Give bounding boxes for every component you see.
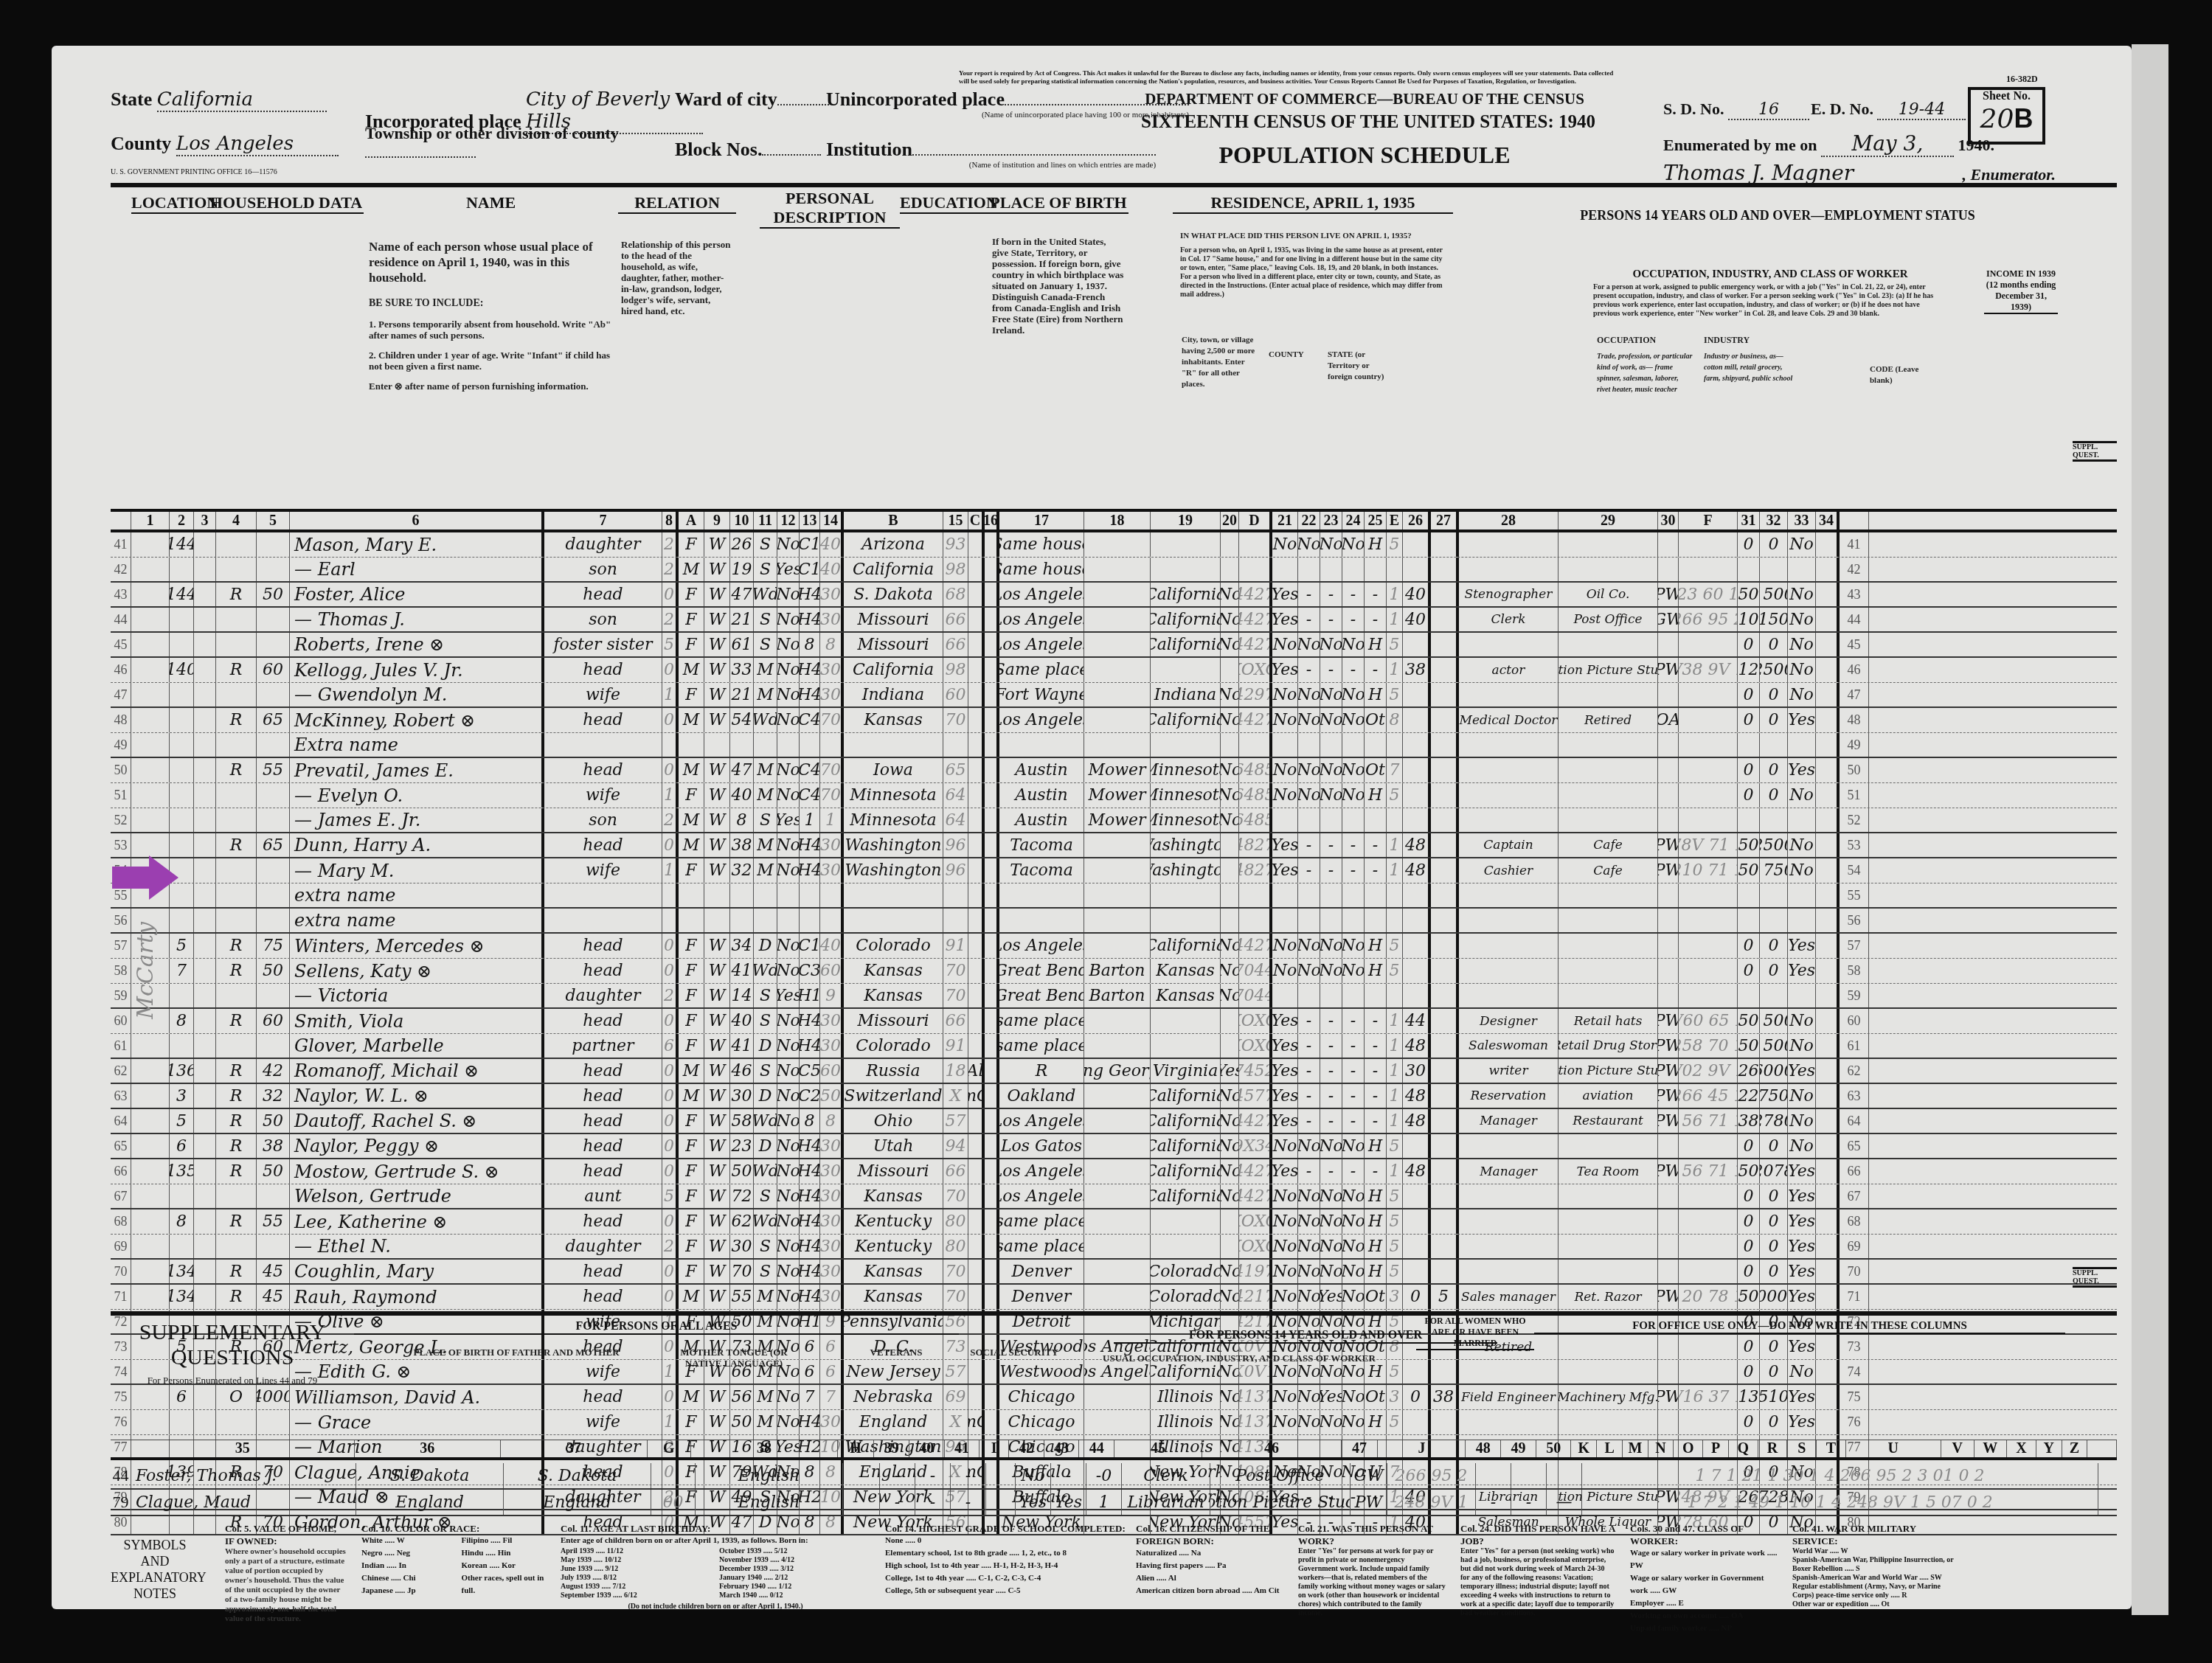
cell-blank bbox=[985, 1109, 999, 1133]
cell-occupation bbox=[1459, 633, 1559, 656]
cell-income: 2500 bbox=[1760, 833, 1788, 857]
cell-code-b: 40 bbox=[820, 558, 844, 581]
cell-value: 55 bbox=[257, 1209, 290, 1234]
column-number: 20 bbox=[1221, 512, 1239, 530]
cell-tenure: R bbox=[216, 658, 257, 682]
cell-house bbox=[170, 1184, 194, 1208]
cell-class bbox=[1658, 934, 1679, 958]
cell-res-farm: No bbox=[1221, 1285, 1239, 1309]
cell-hours: 48 bbox=[1403, 1034, 1431, 1058]
cell-class bbox=[1658, 1134, 1679, 1158]
column-number: 28 bbox=[1459, 512, 1559, 530]
cell-age bbox=[730, 883, 754, 907]
cell-value bbox=[257, 1184, 290, 1208]
cell-citizen bbox=[968, 558, 985, 581]
cell-code-d: 4427 bbox=[1239, 1159, 1272, 1184]
cell-age: 50 bbox=[730, 1159, 754, 1184]
cell-school: No bbox=[777, 1159, 800, 1184]
cell-value bbox=[257, 633, 290, 656]
cell-code-e: 1 bbox=[1387, 1034, 1403, 1058]
cell-name: Mostow, Gertrude S. ⊗ bbox=[290, 1159, 544, 1184]
cell-school: No bbox=[777, 934, 800, 958]
cell-income: 6000 bbox=[1760, 1059, 1788, 1083]
cell-sex: M bbox=[679, 558, 704, 581]
cell-citizen bbox=[968, 532, 985, 557]
cell-c22: - bbox=[1298, 1109, 1320, 1133]
cell-relation: son bbox=[544, 808, 662, 832]
cell-c23: No bbox=[1320, 1184, 1342, 1208]
cell-age: 62 bbox=[730, 1209, 754, 1234]
cell-grade: H4 bbox=[800, 833, 820, 857]
cell-farm-sched bbox=[1816, 532, 1840, 557]
cell-value: 65 bbox=[257, 833, 290, 857]
cell-age: 34 bbox=[730, 934, 754, 958]
table-row: 44— Thomas J.son2FW21SNoH430Missouri66Lo… bbox=[111, 608, 2117, 633]
cell-grade: C4 bbox=[800, 708, 820, 732]
cell-c22: No bbox=[1298, 708, 1320, 732]
cell-age bbox=[730, 733, 754, 757]
column-number: 11 bbox=[754, 512, 777, 530]
cell-house bbox=[170, 808, 194, 832]
cell-citizen bbox=[968, 959, 985, 983]
cell-age: 23 bbox=[730, 1134, 754, 1158]
cell-name: Extra name bbox=[290, 733, 544, 757]
legend-item: Alien ..... Al bbox=[1136, 1572, 1283, 1585]
cell-house: 5 bbox=[170, 934, 194, 958]
cell-name: — Earl bbox=[290, 558, 544, 581]
cell-blank bbox=[985, 1009, 999, 1033]
cell-sex: F bbox=[679, 1235, 704, 1258]
cell-industry bbox=[1559, 909, 1658, 932]
cell-industry: Tea Room bbox=[1559, 1159, 1658, 1184]
cell-blank bbox=[985, 683, 999, 706]
cell-blank bbox=[131, 558, 170, 581]
cell-line: 59 bbox=[111, 984, 131, 1007]
cell-weeks-worked: 0 bbox=[1738, 934, 1760, 958]
cell-res-county bbox=[1084, 708, 1151, 732]
cell-age bbox=[730, 909, 754, 932]
cell-other-income bbox=[1788, 883, 1816, 907]
cell-code-f: 258 70 1 bbox=[1679, 1034, 1738, 1058]
cell-farm-sched bbox=[1816, 1134, 1840, 1158]
cell-c21: Yes bbox=[1272, 658, 1298, 682]
table-row: 42— Earlson2MW19SYesC140California98Same… bbox=[111, 558, 2117, 583]
cell-weeks-unemp bbox=[1431, 909, 1459, 932]
cell-grade: H4 bbox=[800, 858, 820, 883]
cell-hours: 38 bbox=[1403, 658, 1431, 682]
cell-c22: - bbox=[1298, 833, 1320, 857]
cell-weeks-unemp bbox=[1431, 1159, 1459, 1184]
cell-code-b: 30 bbox=[820, 583, 844, 606]
cell-c22: - bbox=[1298, 1034, 1320, 1058]
supp-column-number: L bbox=[1597, 1440, 1623, 1457]
cell-school: No bbox=[777, 532, 800, 557]
cell-other-income bbox=[1788, 733, 1816, 757]
supplementary-title: SUPPLEMENTARY QUESTIONS bbox=[111, 1320, 354, 1370]
cell-res-county: Mower bbox=[1084, 783, 1151, 808]
column-number: 16 bbox=[985, 512, 999, 530]
cell-occupation: Sales manager bbox=[1459, 1285, 1559, 1309]
cell-c25: H bbox=[1365, 1134, 1387, 1158]
cell-other-income: Yes bbox=[1788, 1209, 1816, 1234]
cell-c21: Yes bbox=[1272, 1059, 1298, 1083]
cell-weeks-unemp bbox=[1431, 708, 1459, 732]
cell-c23 bbox=[1320, 883, 1342, 907]
cell-code-e: 5 bbox=[1387, 1134, 1403, 1158]
cell-relation: head bbox=[544, 583, 662, 606]
cell-code-d bbox=[1239, 532, 1272, 557]
col10-legend-list: White ..... WNegro ..... NegIndian .....… bbox=[361, 1535, 553, 1597]
cell-c21: No bbox=[1272, 959, 1298, 983]
cell-other-income: Yes bbox=[1788, 1059, 1816, 1083]
cell-blank bbox=[985, 733, 999, 757]
cell-hours bbox=[1403, 1184, 1431, 1208]
cell-res-city: Los Angeles bbox=[999, 1159, 1084, 1184]
cell-income: 150 bbox=[1760, 608, 1788, 631]
printing-office: U. S. GOVERNMENT PRINTING OFFICE 16—1157… bbox=[111, 168, 277, 176]
column-number: 23 bbox=[1320, 512, 1342, 530]
cell-tenure bbox=[216, 558, 257, 581]
cell-res-county bbox=[1084, 1034, 1151, 1058]
cell-name: Dautoff, Rachel S. ⊗ bbox=[290, 1109, 544, 1133]
cell-school: No bbox=[777, 858, 800, 883]
supp-column-number: 46 bbox=[1202, 1440, 1342, 1457]
column-number: 8 bbox=[662, 512, 679, 530]
cell-c25: H bbox=[1365, 1235, 1387, 1258]
cell-res-state bbox=[1151, 558, 1221, 581]
cell-birthplace: Kentucky bbox=[844, 1209, 943, 1234]
cell-birthplace: Kansas bbox=[844, 984, 943, 1007]
cell-line: 44 bbox=[1840, 608, 1869, 631]
cell-house: 144 bbox=[170, 532, 194, 557]
cell-name: — James E. Jr. bbox=[290, 808, 544, 832]
cell-relation: daughter bbox=[544, 1235, 662, 1258]
cell-code-f bbox=[1679, 758, 1738, 782]
cell-code-b: 30 bbox=[820, 683, 844, 706]
cell-name: Rauh, Raymond bbox=[290, 1285, 544, 1309]
cell-code-b: 60 bbox=[820, 1059, 844, 1083]
supp-cell-c43: - bbox=[1051, 1463, 1086, 1488]
cell-sex: F bbox=[679, 683, 704, 706]
cell-line: 55 bbox=[1840, 883, 1869, 907]
supp-cell-code-j: 248 9V 1 bbox=[1387, 1490, 1476, 1515]
cell-age: 47 bbox=[730, 583, 754, 606]
cell-race: W bbox=[704, 1084, 730, 1108]
cell-grade: H4 bbox=[800, 683, 820, 706]
cell-birthplace: Russia bbox=[844, 1059, 943, 1083]
legend-item: August 1939 ..... 7/12 bbox=[561, 1583, 712, 1591]
cell-res-farm bbox=[1221, 858, 1239, 883]
cell-code-d: 9X34 bbox=[1239, 1134, 1272, 1158]
cell-other-income: Yes bbox=[1788, 959, 1816, 983]
cell-code-c: 60 bbox=[943, 683, 968, 706]
col30-legend-list: Wage or salary worker in private work ..… bbox=[1630, 1547, 1778, 1635]
supp-cell-c41: - bbox=[951, 1490, 986, 1515]
cell-code-f bbox=[1679, 1184, 1738, 1208]
cell-name: Naylor, W. L. ⊗ bbox=[290, 1084, 544, 1108]
cell-c22: No bbox=[1298, 1235, 1320, 1258]
highlight-arrow-icon bbox=[112, 855, 178, 900]
cell-house bbox=[170, 608, 194, 631]
cell-other-income: Yes bbox=[1788, 1235, 1816, 1258]
cell-marital: S bbox=[754, 532, 777, 557]
cell-c25: Ot bbox=[1365, 708, 1387, 732]
cell-res-farm bbox=[1221, 1235, 1239, 1258]
supp-column-number: T bbox=[1817, 1440, 1846, 1457]
cell-birthplace: Washington bbox=[844, 833, 943, 857]
cell-c21: No bbox=[1272, 934, 1298, 958]
cell-income bbox=[1760, 733, 1788, 757]
cell-class: PW bbox=[1658, 1009, 1679, 1033]
cell-value: 45 bbox=[257, 1260, 290, 1283]
cell-c24: No bbox=[1342, 683, 1365, 706]
cell-class: PW bbox=[1658, 1084, 1679, 1108]
cell-blank bbox=[194, 1235, 216, 1258]
cell-code-f bbox=[1679, 733, 1738, 757]
cell-code-d: XOXO bbox=[1239, 1034, 1272, 1058]
cell-marital: Wd bbox=[754, 1109, 777, 1133]
cell-blank bbox=[131, 758, 170, 782]
cell-value bbox=[257, 733, 290, 757]
cell-res-county bbox=[1084, 1134, 1151, 1158]
cell-grade: H4 bbox=[800, 608, 820, 631]
cell-c22 bbox=[1298, 984, 1320, 1007]
cell-tenure: R bbox=[216, 959, 257, 983]
cell-code-e: 1 bbox=[1387, 658, 1403, 682]
cell-hours bbox=[1403, 959, 1431, 983]
cell-age: 41 bbox=[730, 1034, 754, 1058]
cell-line: 64 bbox=[1840, 1109, 1869, 1133]
cell-line: 41 bbox=[1840, 532, 1869, 557]
cell-c21: No bbox=[1272, 1285, 1298, 1309]
cell-code-f: V38 9V 1 bbox=[1679, 658, 1738, 682]
cell-relation bbox=[544, 733, 662, 757]
cell-other-income: No bbox=[1788, 858, 1816, 883]
cell-c23: No bbox=[1320, 1134, 1342, 1158]
cell-hours bbox=[1403, 708, 1431, 732]
cell-farm-sched bbox=[1816, 1009, 1840, 1033]
suppl-quest-marker-79: SUPPL. QUEST. bbox=[2073, 1267, 2117, 1288]
cell-occupation: Cashier bbox=[1459, 858, 1559, 883]
cell-c24: No bbox=[1342, 758, 1365, 782]
cell-code-a: 0 bbox=[662, 1285, 679, 1309]
cell-blank bbox=[985, 608, 999, 631]
cell-code-b: 30 bbox=[820, 1285, 844, 1309]
cell-blank bbox=[985, 633, 999, 656]
cell-weeks-worked bbox=[1738, 808, 1760, 832]
cell-c24: - bbox=[1342, 1084, 1365, 1108]
cell-code-a: 1 bbox=[662, 858, 679, 883]
cell-tenure bbox=[216, 608, 257, 631]
cell-house bbox=[170, 558, 194, 581]
cell-industry: Cafe bbox=[1559, 858, 1658, 883]
cell-res-farm: No bbox=[1221, 1109, 1239, 1133]
cell-res-state bbox=[1151, 1009, 1221, 1033]
cell-line: 49 bbox=[111, 733, 131, 757]
cell-code-b: 60 bbox=[820, 959, 844, 983]
cell-grade: H4 bbox=[800, 1184, 820, 1208]
census-title: SIXTEENTH CENSUS OF THE UNITED STATES: 1… bbox=[1114, 112, 1623, 133]
cell-tenure bbox=[216, 909, 257, 932]
table-row: 67Welson, Gertrudeaunt5FW72SNoH430Kansas… bbox=[111, 1184, 2117, 1209]
cell-citizen bbox=[968, 758, 985, 782]
cell-c24: No bbox=[1342, 1235, 1365, 1258]
table-row: 43144R50Foster, Alicehead0FW47WdNoH430S.… bbox=[111, 583, 2117, 608]
cell-marital: Wd bbox=[754, 583, 777, 606]
legend-item: Indian ..... In bbox=[361, 1560, 454, 1572]
cell-c24 bbox=[1342, 883, 1365, 907]
cell-income: 1500 bbox=[1760, 1009, 1788, 1033]
column-number: 24 bbox=[1342, 512, 1365, 530]
cell-industry bbox=[1559, 633, 1658, 656]
cell-age: 47 bbox=[730, 758, 754, 782]
cell-relation: wife bbox=[544, 683, 662, 706]
cell-age: 40 bbox=[730, 783, 754, 808]
cell-other-income bbox=[1788, 984, 1816, 1007]
cell-weeks-worked: 0 bbox=[1738, 1134, 1760, 1158]
cell-res-farm bbox=[1221, 558, 1239, 581]
cell-code-e: 5 bbox=[1387, 683, 1403, 706]
cell-race: W bbox=[704, 1209, 730, 1234]
cell-line: 58 bbox=[111, 959, 131, 983]
cell-c23: - bbox=[1320, 1059, 1342, 1083]
cell-code-b: 40 bbox=[820, 934, 844, 958]
cell-industry: Ret. Razor bbox=[1559, 1285, 1658, 1309]
cell-res-city: Los Angeles bbox=[999, 1109, 1084, 1133]
cell-house bbox=[170, 1034, 194, 1058]
cell-tenure: R bbox=[216, 1159, 257, 1184]
cell-res-farm: No bbox=[1221, 708, 1239, 732]
cell-line: 61 bbox=[111, 1034, 131, 1058]
cell-school: No bbox=[777, 1109, 800, 1133]
cell-code-d: 4217 bbox=[1239, 1285, 1272, 1309]
cell-res-state: Kansas bbox=[1151, 959, 1221, 983]
cell-c25: Ot bbox=[1365, 1285, 1387, 1309]
cell-code-d: 4427 bbox=[1239, 708, 1272, 732]
cell-hours bbox=[1403, 558, 1431, 581]
cell-race: W bbox=[704, 683, 730, 706]
cell-c25: H bbox=[1365, 783, 1387, 808]
cell-weeks-worked: 50 bbox=[1738, 1009, 1760, 1033]
cell-code-e: 7 bbox=[1387, 758, 1403, 782]
cell-res-farm: No bbox=[1221, 808, 1239, 832]
cell-marital: D bbox=[754, 1034, 777, 1058]
cell-line: 65 bbox=[1840, 1134, 1869, 1158]
cell-line: 50 bbox=[111, 758, 131, 782]
legend-item: Spanish-American War, Philippine Insurre… bbox=[1792, 1556, 1962, 1574]
cell-blank bbox=[194, 1209, 216, 1234]
cell-blank bbox=[131, 1184, 170, 1208]
cell-birthplace: Kansas bbox=[844, 1260, 943, 1283]
cell-other-income: No bbox=[1788, 1034, 1816, 1058]
cell-weeks-unemp bbox=[1431, 1184, 1459, 1208]
cell-blank bbox=[985, 658, 999, 682]
supp-column-number: 48 bbox=[1466, 1440, 1501, 1457]
cell-grade: 8 bbox=[800, 1109, 820, 1133]
cell-res-farm bbox=[1221, 658, 1239, 682]
cell-occupation: Manager bbox=[1459, 1159, 1559, 1184]
cell-blank bbox=[985, 1184, 999, 1208]
cell-birthplace: Switzerland bbox=[844, 1084, 943, 1108]
supp-cell-c50: — bbox=[1547, 1490, 1582, 1515]
cell-c24: - bbox=[1342, 858, 1365, 883]
table-row: 575R75Winters, Mercedes ⊗head0FW34DNoC14… bbox=[111, 934, 2117, 959]
table-row-highlighted: 62136R42Romanoff, Michail ⊗head0MW46SNoC… bbox=[111, 1059, 2117, 1084]
cell-res-state: California bbox=[1151, 1084, 1221, 1108]
cell-school: No bbox=[777, 1059, 800, 1083]
cell-citizen bbox=[968, 1159, 985, 1184]
cell-grade: H4 bbox=[800, 1034, 820, 1058]
cell-name: Welson, Gertrude bbox=[290, 1184, 544, 1208]
cell-age: 8 bbox=[730, 808, 754, 832]
legend-item: High school, 1st to 4th year ..... H-1, … bbox=[885, 1560, 1128, 1572]
cell-res-city: Same house bbox=[999, 532, 1084, 557]
cell-res-county bbox=[1084, 1285, 1151, 1309]
cell-res-county: Barton bbox=[1084, 959, 1151, 983]
cell-code-f: 210 71 1 bbox=[1679, 858, 1738, 883]
cell-c23: No bbox=[1320, 1209, 1342, 1234]
legend-item: Chinese ..... Chi bbox=[361, 1572, 454, 1585]
cell-line: 47 bbox=[111, 683, 131, 706]
cell-c24: No bbox=[1342, 532, 1365, 557]
cell-race bbox=[704, 883, 730, 907]
cell-res-state: Washington bbox=[1151, 858, 1221, 883]
cell-class bbox=[1658, 633, 1679, 656]
cell-class: PW bbox=[1658, 858, 1679, 883]
cell-blank bbox=[131, 1285, 170, 1309]
supp-cell-c40: - bbox=[915, 1463, 951, 1488]
cell-race: W bbox=[704, 1235, 730, 1258]
cell-income: 0 bbox=[1760, 708, 1788, 732]
cell-code-a: 0 bbox=[662, 583, 679, 606]
cell-blank bbox=[131, 608, 170, 631]
cell-c24 bbox=[1342, 909, 1365, 932]
supp-cell-code-h bbox=[843, 1463, 880, 1488]
cell-c23: No bbox=[1320, 708, 1342, 732]
cell-c21 bbox=[1272, 558, 1298, 581]
cell-code-d: XOXO bbox=[1239, 1209, 1272, 1234]
cell-value bbox=[257, 984, 290, 1007]
cell-value: 50 bbox=[257, 1109, 290, 1133]
cell-code-b: 40 bbox=[820, 532, 844, 557]
cell-c23: No bbox=[1320, 783, 1342, 808]
cell-other-income: Yes bbox=[1788, 1184, 1816, 1208]
cell-race: W bbox=[704, 1285, 730, 1309]
cell-hours bbox=[1403, 733, 1431, 757]
cell-c25: - bbox=[1365, 858, 1387, 883]
supp-cell-occupation: Librarian bbox=[1122, 1490, 1210, 1515]
cell-blank bbox=[131, 1134, 170, 1158]
supp-column-number: 38 bbox=[691, 1440, 838, 1457]
column-number: 34 bbox=[1816, 512, 1840, 530]
cell-class bbox=[1658, 733, 1679, 757]
cell-weeks-unemp bbox=[1431, 1009, 1459, 1033]
cell-line: 60 bbox=[1840, 1009, 1869, 1033]
cell-c25: H bbox=[1365, 934, 1387, 958]
cell-c25: H bbox=[1365, 1184, 1387, 1208]
cell-code-b bbox=[820, 909, 844, 932]
cell-res-farm: No bbox=[1221, 959, 1239, 983]
cell-code-c: 70 bbox=[943, 1285, 968, 1309]
table-row: 69— Ethel N.daughter2FW30SNoH430Kentucky… bbox=[111, 1235, 2117, 1260]
cell-grade: 1 bbox=[800, 808, 820, 832]
cell-school: Yes bbox=[777, 984, 800, 1007]
cell-other-income: Yes bbox=[1788, 708, 1816, 732]
cell-citizen bbox=[968, 833, 985, 857]
county-field: County Los Angeles bbox=[111, 133, 339, 156]
cell-res-county bbox=[1084, 733, 1151, 757]
cell-hours bbox=[1403, 934, 1431, 958]
